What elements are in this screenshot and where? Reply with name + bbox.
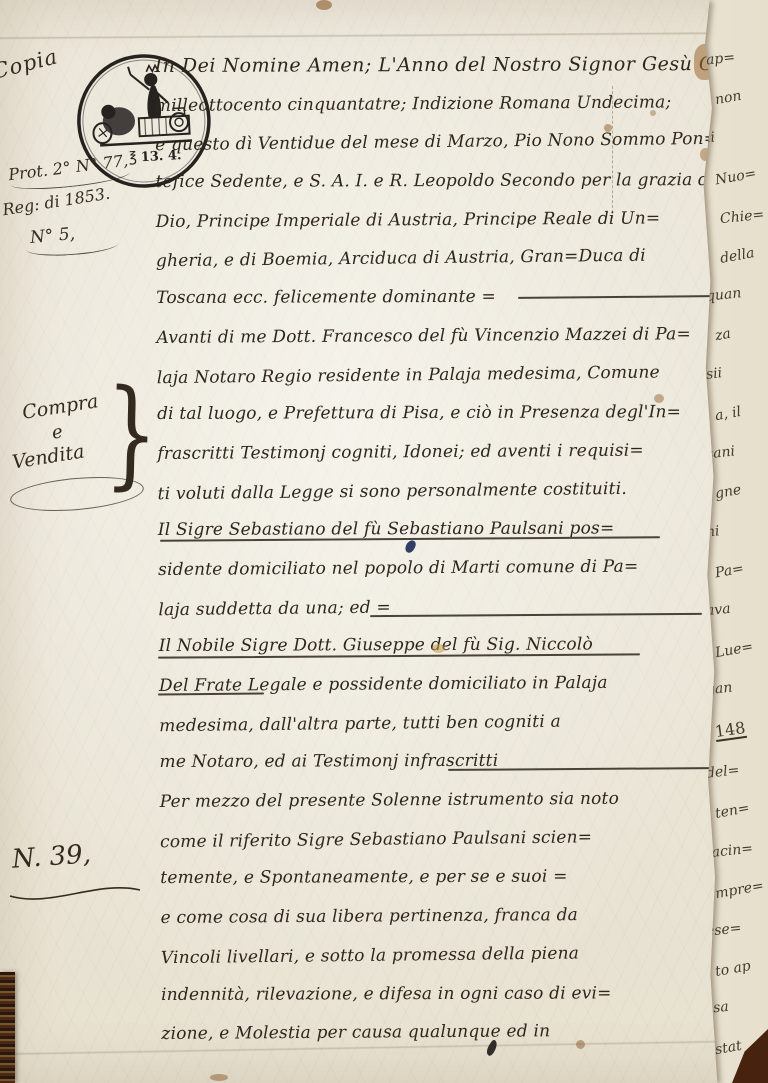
manuscript-scan: ap=noniiNuo=Chie=dellaquanzasiia, ilsani… bbox=[0, 0, 768, 1083]
paper-stain bbox=[210, 1074, 228, 1081]
pen-flourish-underline bbox=[6, 878, 146, 904]
deed-type-word: Vendita bbox=[11, 440, 86, 473]
manuscript-line: sidente domiciliato nel popolo di Marti … bbox=[158, 547, 724, 590]
manuscript-line: In Dei Nomine Amen; L'Anno del Nostro Si… bbox=[155, 45, 721, 86]
deed-type-word: e bbox=[50, 421, 64, 443]
manuscript-line: me Notaro, ed ai Testimonj infrascritti bbox=[159, 741, 725, 782]
manuscript-line: Il Nobile Sigre Dott. Giuseppe del fù Si… bbox=[159, 625, 725, 666]
manuscript-line: ti voluti dalla Legge si sono personalme… bbox=[157, 468, 723, 513]
manuscript-line: come il riferito Sigre Sebastiano Paulsa… bbox=[160, 817, 726, 862]
paper-stain bbox=[732, 958, 745, 971]
register-year: Reg: di 1853. bbox=[1, 184, 111, 220]
manuscript-line: frascritti Testimonj cogniti, Idonei; ed… bbox=[157, 431, 723, 474]
pen-flourish-oval bbox=[9, 472, 145, 516]
paper-crease bbox=[0, 31, 768, 39]
manuscript-line: Per mezzo del presente Solenne istrument… bbox=[160, 779, 726, 822]
manuscript-line: gheria, e di Boemia, Arciduca di Austria… bbox=[156, 236, 722, 281]
manuscript-line: Del Frate Legale e possidente domiciliat… bbox=[159, 663, 725, 706]
manuscript-line: indennità, rilevazione, e difesa in ogni… bbox=[161, 974, 727, 1015]
manuscript-line: Vincoli livellari, e sotto la promessa d… bbox=[161, 933, 727, 978]
copy-label: Copia bbox=[0, 44, 60, 83]
manuscript-line: di tal luogo, e Prefettura di Pisa, e ci… bbox=[157, 393, 723, 434]
manuscript-line: zione, e Molestia per causa qualunque ed… bbox=[161, 1011, 727, 1054]
binding-edge bbox=[0, 972, 15, 1083]
manuscript-line: medesima, dall'altra parte, tutti ben co… bbox=[159, 700, 725, 745]
manuscript-line: e questo dì Ventidue del mese di Marzo, … bbox=[155, 120, 721, 165]
manuscript-line: milleottocento cinquantatre; Indizione R… bbox=[155, 83, 721, 126]
manuscript-line: laja Notaro Regio residente in Palaja me… bbox=[157, 352, 723, 397]
manuscript-line: Avanti di me Dott. Francesco del fù Vinc… bbox=[156, 315, 722, 358]
manuscript-line: laja suddetta da una; ed = bbox=[158, 584, 724, 629]
margin-brace: } bbox=[104, 373, 159, 494]
folio-number: N. 39, bbox=[11, 839, 92, 874]
manuscript-line: e come cosa di sua libera pertinenza, fr… bbox=[160, 895, 726, 938]
manuscript-line: Il Sigre Sebastiano del fù Sebastiano Pa… bbox=[158, 509, 724, 550]
deed-type-word: Compra bbox=[21, 390, 100, 424]
paper-stain bbox=[316, 0, 332, 10]
manuscript-line: temente, e Spontaneamente, e per se e su… bbox=[160, 857, 726, 898]
main-sheet-wrap: ℥ 13. 4. Copia Prot. 2° N° 77, Reg: di 1… bbox=[0, 0, 768, 1083]
stamp-symbol: ℥ bbox=[128, 149, 137, 165]
manuscript-line: Dio, Principe Imperiale di Austria, Prin… bbox=[156, 199, 722, 242]
deed-body-text: In Dei Nomine Amen; L'Anno del Nostro Si… bbox=[154, 44, 727, 1054]
manuscript-line: tefice Sedente, e S. A. I. e R. Leopoldo… bbox=[155, 161, 721, 202]
main-sheet: ℥ 13. 4. Copia Prot. 2° N° 77, Reg: di 1… bbox=[0, 0, 768, 1083]
